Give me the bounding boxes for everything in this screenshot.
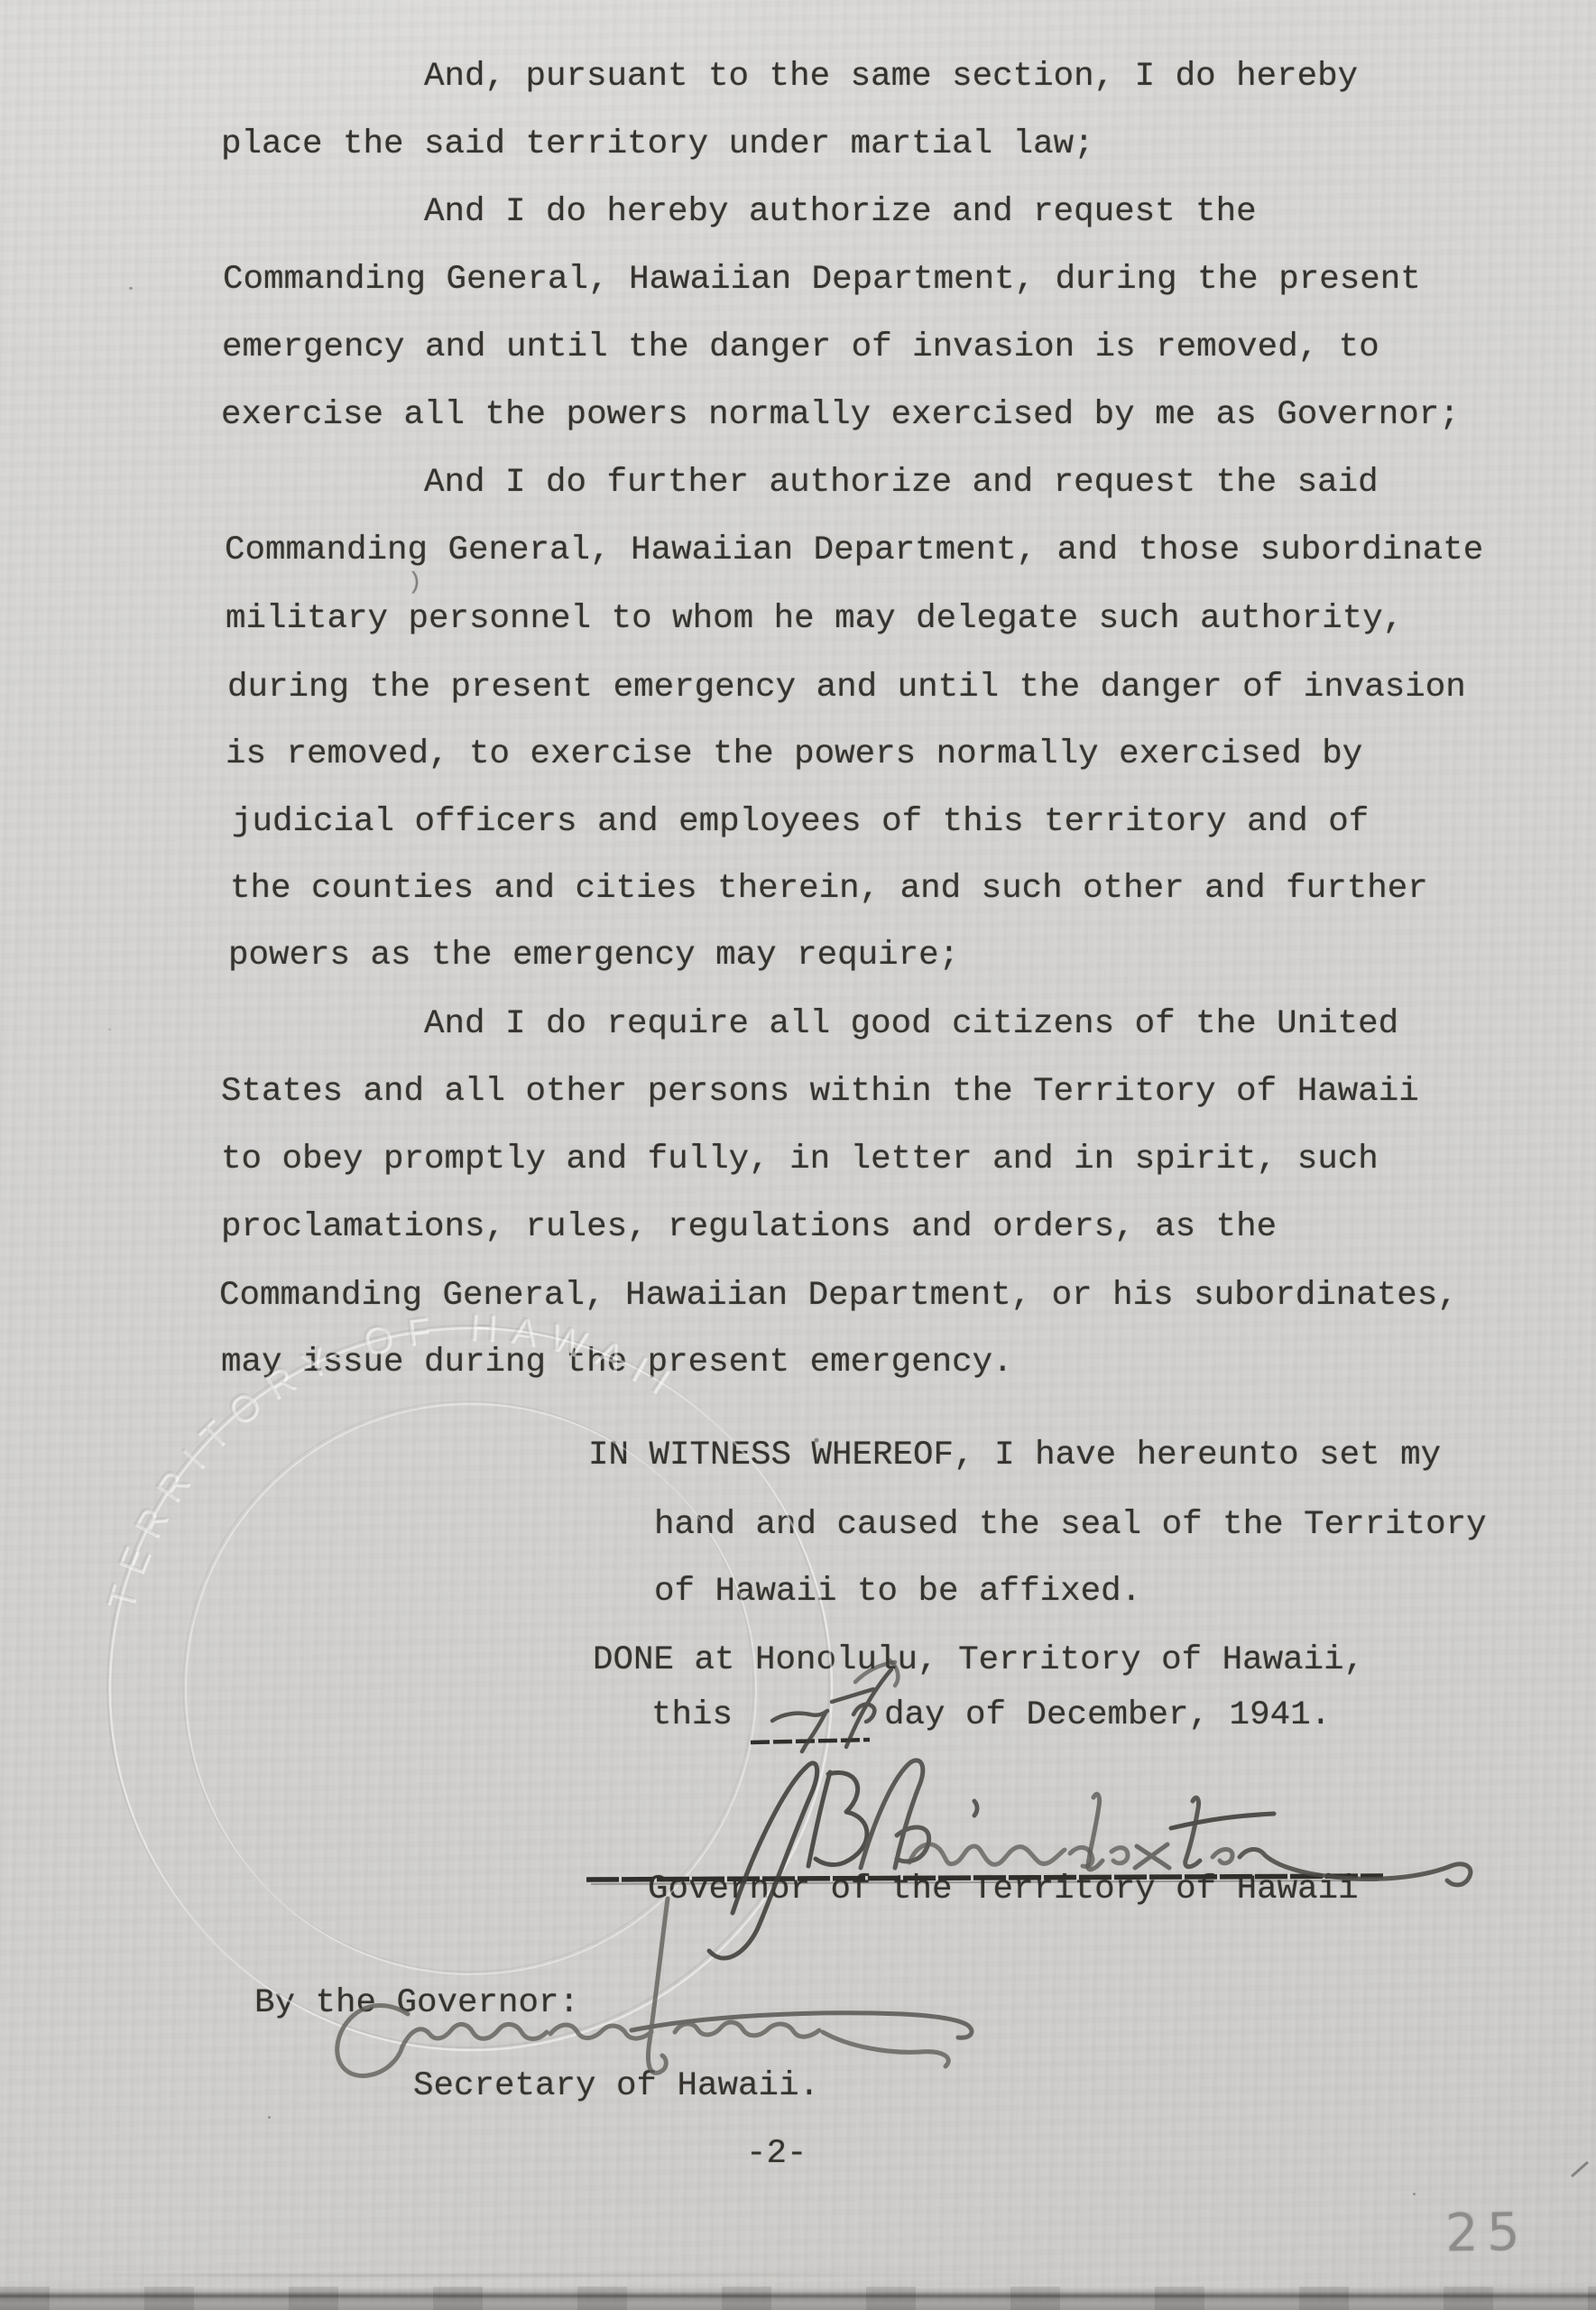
typed-line: Commanding General, Hawaiian Department,…: [225, 534, 1483, 568]
signature-caption: Governor of the Territory of Hawaii: [648, 1873, 1359, 1908]
typed-line: powers as the emergency may require;: [228, 939, 959, 974]
governor-signature: [709, 1760, 1471, 1958]
typed-line: emergency and until the danger of invasi…: [222, 331, 1379, 365]
typed-line: military personnel to whom he may delega…: [226, 603, 1403, 637]
typed-line: States and all other persons within the …: [221, 1076, 1419, 1110]
day-blank-underline: [751, 1740, 870, 1742]
ink-speck: [1413, 2193, 1416, 2195]
typed-line: during the present emergency and until t…: [227, 671, 1466, 706]
page-corner-stamp: 25: [1444, 2201, 1528, 2264]
scan-streak: [63, 2274, 1056, 2277]
typed-line: exercise all the powers normally exercis…: [221, 399, 1460, 433]
typed-line: proclamations, rules, regulations and or…: [221, 1211, 1277, 1245]
scanned-document-page: And, pursuant to the same section, I do …: [0, 0, 1596, 2310]
typed-line: the counties and cities therein, and suc…: [230, 873, 1428, 907]
typed-line: hand and caused the seal of the Territor…: [654, 1509, 1487, 1543]
typed-line: And, pursuant to the same section, I do …: [424, 60, 1358, 95]
typed-line: And I do further authorize and request t…: [424, 467, 1379, 501]
stray-typed-mark: ): [408, 570, 422, 594]
typed-line: to obey promptly and fully, in letter an…: [221, 1143, 1379, 1178]
typed-line: IN WITNESS WHEREOF, I have hereunto set …: [588, 1439, 1441, 1474]
pen-tick: [1572, 2162, 1588, 2176]
page-bottom-edge: [0, 2287, 1596, 2310]
typed-line: DONE at Honolulu, Territory of Hawaii,: [593, 1644, 1364, 1678]
typed-line: of Hawaii to be affixed.: [654, 1575, 1141, 1610]
ink-speck: [129, 287, 133, 290]
typed-line: place the said territory under martial l…: [221, 128, 1094, 162]
typed-line: Commanding General, Hawaiian Department,…: [223, 263, 1421, 298]
typed-line: And I do hereby authorize and request th…: [424, 196, 1257, 230]
typed-line: this: [651, 1699, 733, 1733]
attestation-label: By the Governor:: [254, 1987, 579, 2021]
attestation-caption: Secretary of Hawaii.: [413, 2070, 819, 2104]
typed-line: may issue during the present emergency.: [221, 1346, 1013, 1381]
ink-speck: [108, 1029, 111, 1030]
typed-line: Commanding General, Hawaiian Department,…: [219, 1280, 1458, 1314]
typed-line: is removed, to exercise the powers norma…: [226, 738, 1362, 772]
typed-line: judicial officers and employees of this …: [232, 806, 1369, 840]
page-number: -2-: [746, 2138, 807, 2172]
typed-line: day of December, 1941.: [884, 1699, 1331, 1733]
typed-line: And I do require all good citizens of th…: [424, 1008, 1398, 1042]
ink-speck: [268, 2116, 271, 2119]
